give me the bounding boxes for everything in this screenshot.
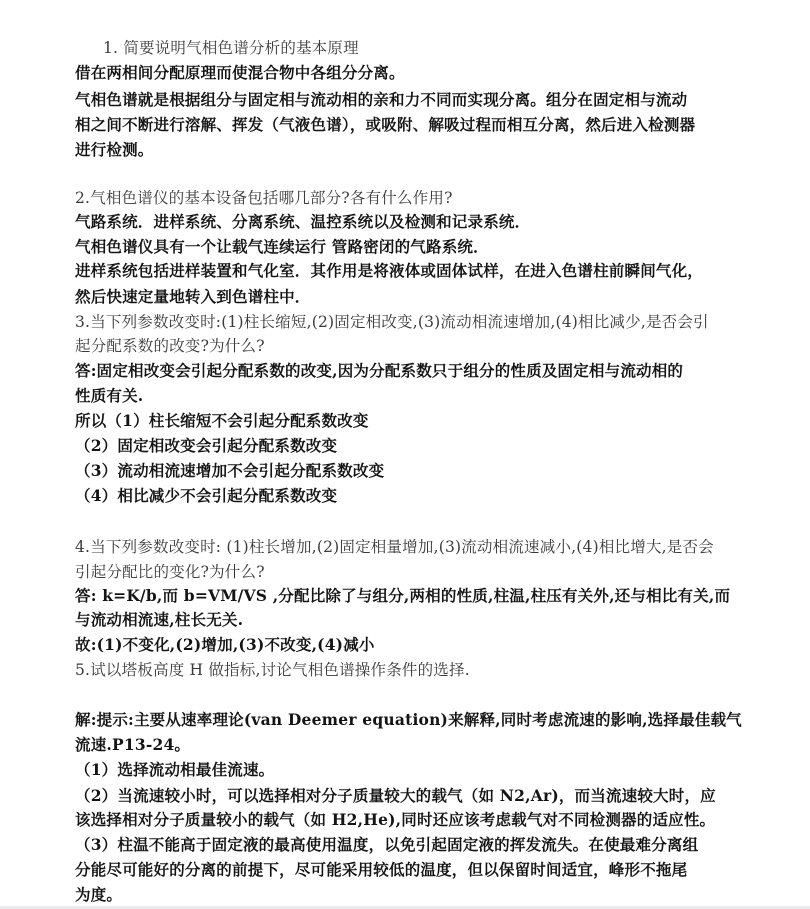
answer-5-line-3: （1）选择流动相最佳流速。	[75, 760, 745, 780]
answer-1-line-4: 进行检测。	[75, 140, 745, 160]
answer-4-line-3: 故:(1)不变化,(2)增加,(3)不改变,(4)减小	[75, 635, 745, 655]
answer-1-line-3: 相之间不断进行溶解、挥发（气液色谱），或吸附、解吸过程而相互分离，然后进入检测器	[75, 115, 745, 135]
question-3-line-2: 起分配系数的改变?为什么?	[75, 336, 745, 356]
answer-1-line-1: 借在两相间分配原理而使混合物中各组分分离。	[75, 63, 745, 83]
question-1: 1. 简要说明气相色谱分析的基本原理	[103, 38, 773, 58]
answer-4-line-1: 答: k=K/b,而 b=VM/VS ,分配比除了与组分,两相的性质,柱温,柱压…	[75, 586, 745, 606]
answer-5-line-2: 流速.P13-24。	[75, 735, 745, 755]
answer-5-line-4: （2）当流速较小时，可以选择相对分子质量较大的载气（如 N2,Ar)，而当流速较…	[75, 786, 745, 806]
answer-1-line-2: 气相色谱就是根据组分与固定相与流动相的亲和力不同而实现分离。组分在固定相与流动	[75, 90, 745, 110]
answer-5-line-1: 解:提示:主要从速率理论(van Deemer equation)来解释,同时考…	[75, 710, 745, 730]
answer-5-line-8: 为度。	[75, 885, 745, 905]
answer-3-line-5: （3）流动相流速增加不会引起分配系数改变	[75, 461, 745, 481]
answer-5-line-5: 该选择相对分子质量较小的载气（如 H2,He),同时还应该考虑载气对不同检测器的…	[75, 810, 745, 830]
answer-3-line-3: 所以（1）柱长缩短不会引起分配系数改变	[75, 411, 745, 431]
answer-5-line-7: 分能尽可能好的分离的前提下，尽可能采用较低的温度，但以保留时间适宜，峰形不拖尾	[75, 860, 745, 880]
answer-3-line-6: （4）相比减少不会引起分配系数改变	[75, 486, 745, 506]
question-2: 2.气相色谱仪的基本设备包括哪几部分?各有什么作用?	[75, 188, 745, 208]
question-5: 5.试以塔板高度 H 做指标,讨论气相色谱操作条件的选择.	[75, 660, 745, 680]
answer-3-line-1: 答:固定相改变会引起分配系数的改变,因为分配系数只于组分的性质及固定相与流动相的	[75, 361, 745, 381]
answer-2-line-2: 气相色谱仪具有一个让载气连续运行 管路密闭的气路系统．	[75, 237, 745, 257]
question-3-line-1: 3.当下列参数改变时:(1)柱长缩短,(2)固定相改变,(3)流动相流速增加,(…	[75, 312, 745, 332]
answer-3-line-2: 性质有关.	[75, 386, 745, 406]
answer-2-line-3: 进样系统包括进样装置和气化室．其作用是将液体或固体试样，在进入色谱柱前瞬间气化，	[75, 261, 745, 281]
document-page: 1. 简要说明气相色谱分析的基本原理 借在两相间分配原理而使混合物中各组分分离。…	[0, 0, 810, 906]
question-4-line-1: 4.当下列参数改变时: (1)柱长增加,(2)固定相量增加,(3)流动相流速减小…	[75, 537, 745, 557]
answer-2-line-4: 然后快速定量地转入到色谱柱中．	[75, 287, 745, 307]
answer-2-line-1: 气路系统．进样系统、分离系统、温控系统以及检测和记录系统．	[75, 212, 745, 232]
answer-5-line-6: （3）柱温不能高于固定液的最高使用温度，以免引起固定液的挥发流失。在使最难分离组	[75, 835, 745, 855]
answer-4-line-2: 与流动相流速,柱长无关.	[75, 610, 745, 630]
answer-3-line-4: （2）固定相改变会引起分配系数改变	[75, 436, 745, 456]
question-4-line-2: 引起分配比的变化?为什么?	[75, 562, 745, 582]
